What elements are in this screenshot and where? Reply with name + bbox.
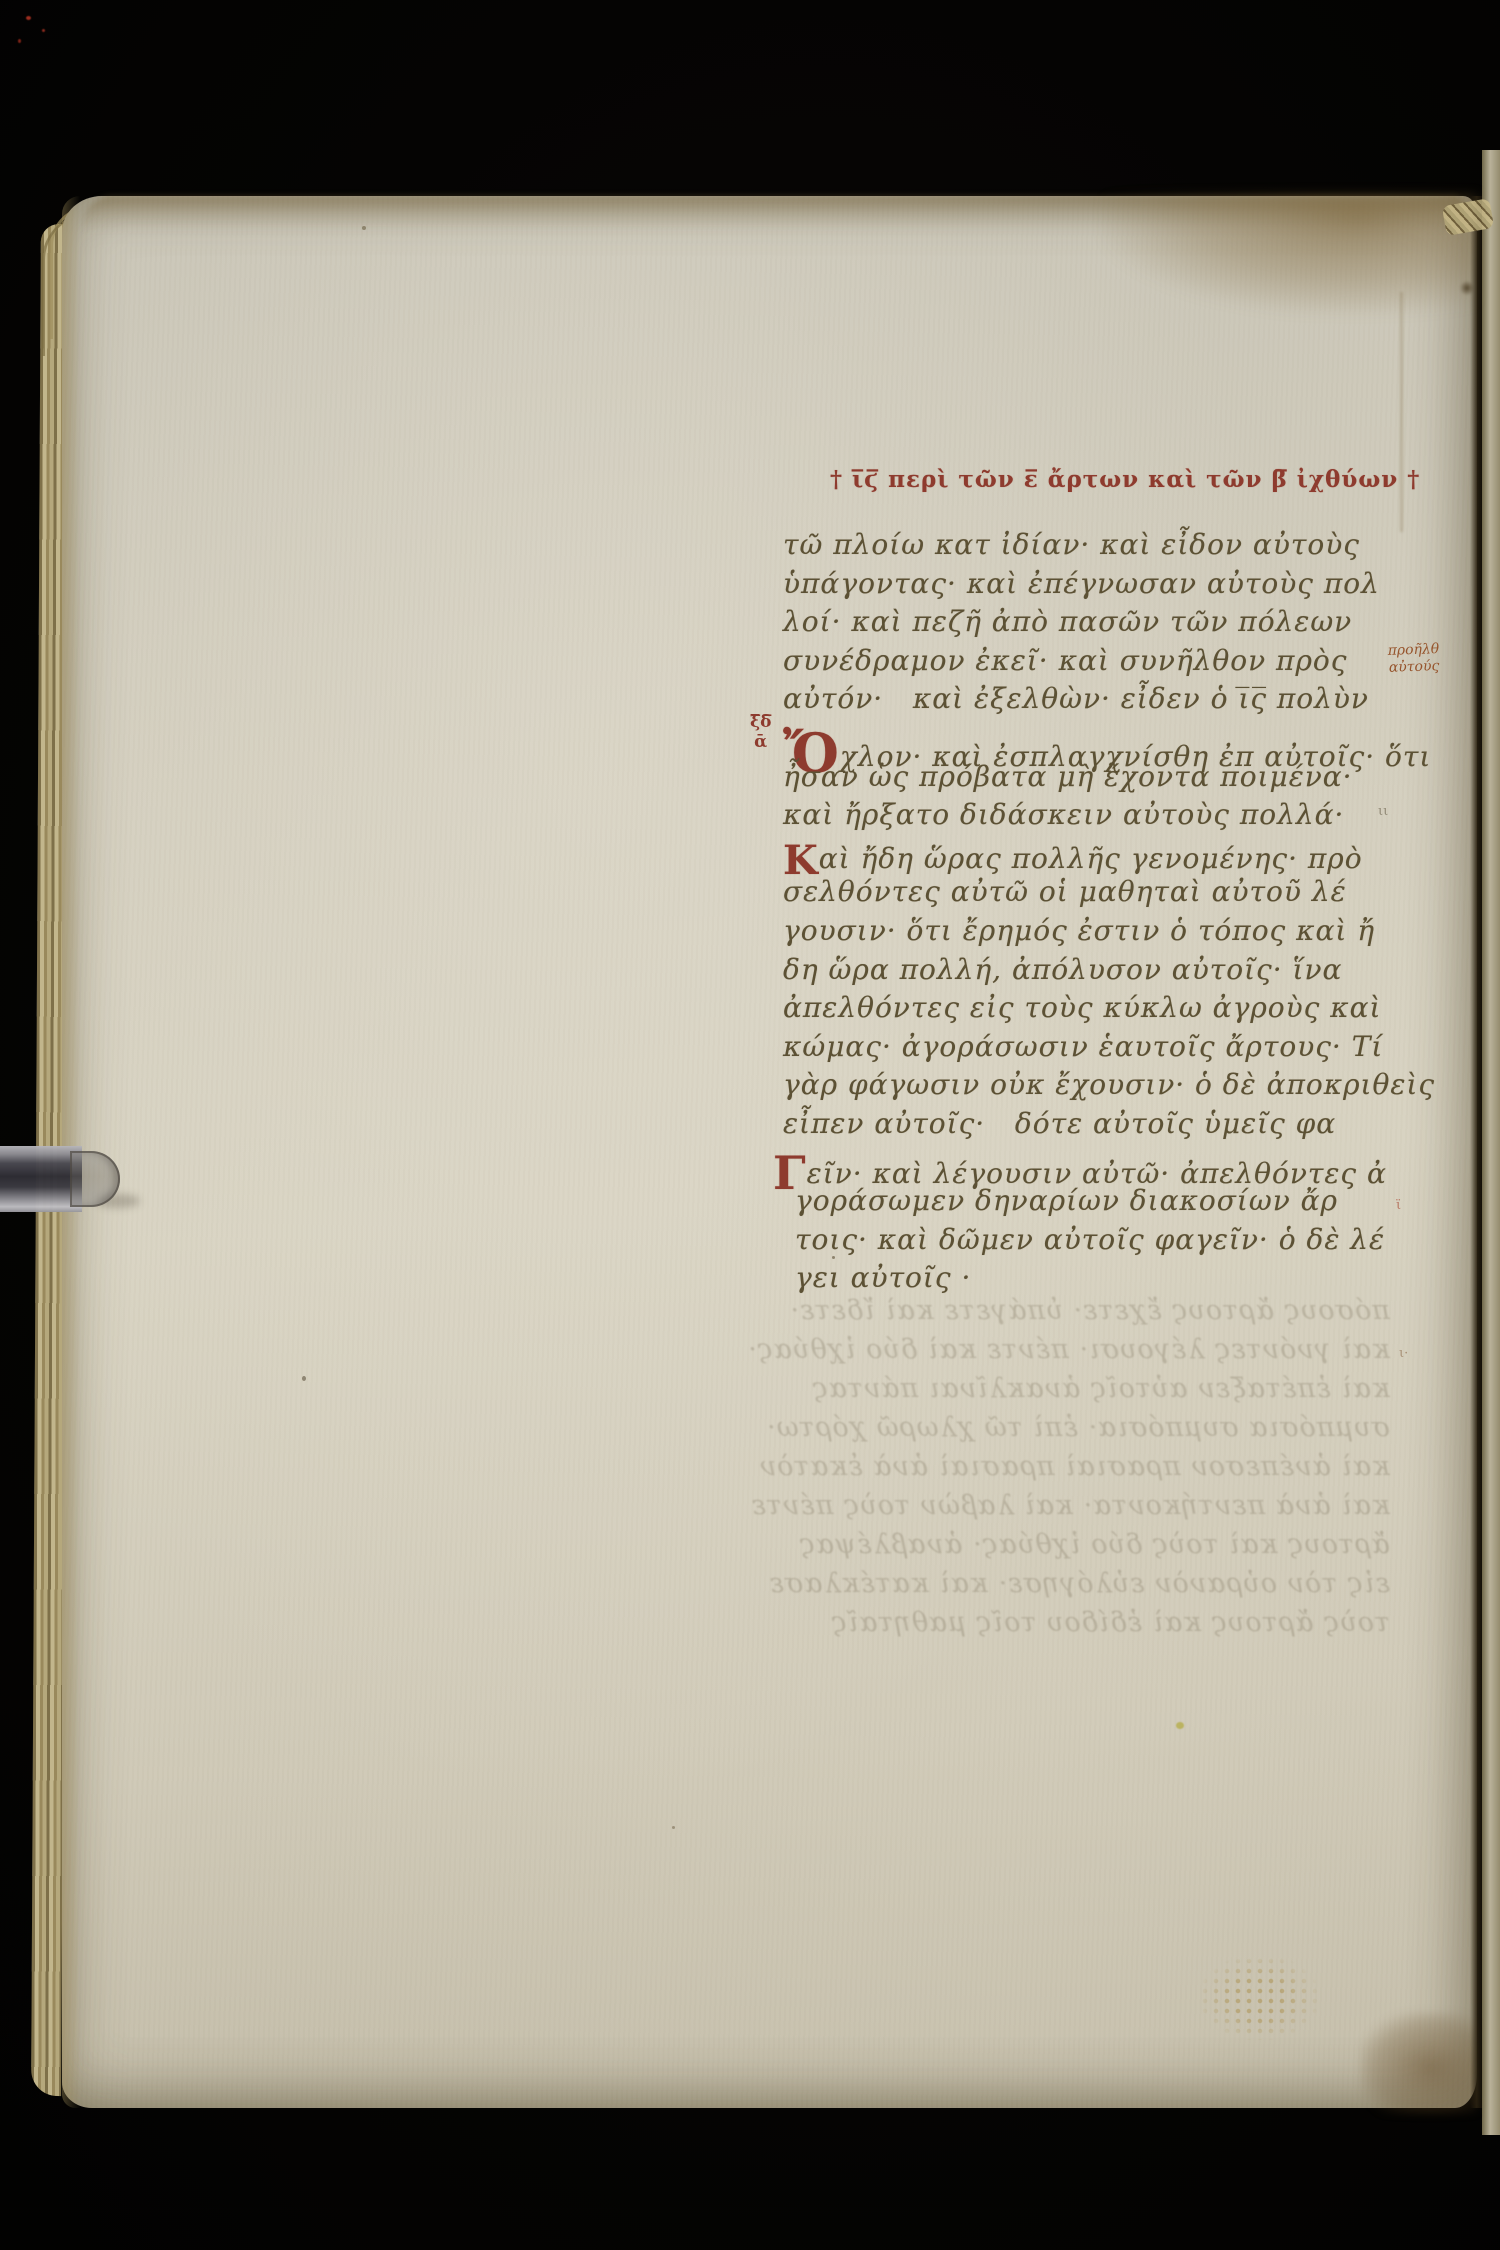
- next-page-edge: [1482, 150, 1500, 2135]
- manuscript-photo-scene: † ι̅ϛ̅ περὶ τῶν ε̅ ἄρτων καὶ τῶν β̅ ἰχθύ…: [0, 0, 1500, 2250]
- text-line: γουσιν· ὅτι ἔρημός ἐστιν ὁ τόπος καὶ ἤ: [783, 914, 1383, 953]
- margin-chapter-number: ξ̅δ̅ ᾱ: [750, 712, 771, 752]
- text-line: δη ὥρα πολλή, ἀπόλυσον αὐτοῖς· ἵνα: [783, 953, 1383, 992]
- bleedthrough-line: καὶ ἀνὰ πεντήκοντα· καὶ λαβὼν τοὺς πέντε: [768, 1490, 1390, 1529]
- rubric-chapter-title: † ι̅ϛ̅ περὶ τῶν ε̅ ἄρτων καὶ τῶν β̅ ἰχθύ…: [830, 466, 1370, 493]
- bleedthrough-line: εἰς τὸν οὐρανὸν εὐλόγησε· καὶ κατέκλασε: [768, 1568, 1390, 1607]
- text-line: γὰρ φάγωσιν οὐκ ἔχουσιν· ὁ δὲ ἀποκριθεὶς: [783, 1068, 1383, 1107]
- bleedthrough-line: καὶ ἐπέταξεν αὐτοῖς ἀνακλῖναι πάντας: [768, 1373, 1390, 1412]
- text-line: σελθόντες αὐτῶ οἱ μαθηταὶ αὐτοῦ λέ: [783, 875, 1383, 914]
- kephalaion-number: ξ̅δ̅: [750, 712, 771, 732]
- bleedthrough-line: καὶ γνόντες λέγουσι· πέντε καὶ δύο ἰχθύα…: [768, 1334, 1390, 1373]
- bleedthrough-text: πόσους ἄρτους ἔχετε· ὑπάγετε καὶ ἴδετε·κ…: [768, 1295, 1390, 1646]
- text-line: Καὶ ἤδη ὥρας πολλῆς γενομένης· πρὸ: [783, 837, 1383, 876]
- margin-tick-mark: ϊ: [1396, 1198, 1401, 1213]
- margin-tick-mark: ι·: [1399, 1346, 1408, 1361]
- bleedthrough-line: συμπόσια συμπόσια· ἐπὶ τῶ χλωρῶ χόρτω·: [768, 1412, 1390, 1451]
- dust-speck: [26, 16, 31, 20]
- text-line: γοράσωμεν δηναρίων διακοσίων ἄρ: [795, 1184, 1383, 1223]
- text-line: ὑπάγοντας· καὶ ἐπέγνωσαν αὐτοὺς πολ: [783, 567, 1383, 606]
- dust-speck: [42, 29, 45, 32]
- margin-tick-mark: ιι: [1378, 804, 1388, 819]
- margin-variant-note: προῆλθ αὐτούς: [1387, 641, 1440, 677]
- page-weight-rod: [0, 1146, 122, 1214]
- text-line: εἶπεν αὐτοῖς· δότε αὐτοῖς ὑμεῖς φα: [783, 1107, 1383, 1146]
- text-line: γει αὐτοῖς ·: [795, 1261, 1383, 1300]
- text-line: συνέδραμον ἐκεῖ· καὶ συνῆλθον πρὸς: [783, 644, 1383, 683]
- margin-note-line: προῆλθ: [1387, 641, 1439, 660]
- text-line: λοί· καὶ πεζῆ ἀπὸ πασῶν τῶν πόλεων: [783, 605, 1383, 644]
- text-line: Ὄχλον· καὶ ἐσπλαγχνίσθη ἐπ αὐτοῖς· ὅτι: [783, 721, 1383, 760]
- bleedthrough-line: καὶ ἀνέπεσον πρασιαὶ πρασιαὶ ἀνὰ ἑκατὸν: [768, 1451, 1390, 1490]
- text-line: τοις· καὶ δῶμεν αὐτοῖς φαγεῖν· ὁ δὲ λέ: [795, 1223, 1383, 1262]
- text-line: ἀπελθόντες εἰς τοὺς κύκλω ἀγροὺς καὶ: [783, 991, 1383, 1030]
- bleedthrough-line: τοὺς ἄρτους καὶ ἐδίδου τοῖς μαθηταῖς: [768, 1607, 1390, 1646]
- book-gutter-shadow: [1470, 196, 1482, 2108]
- margin-note-line: αὐτούς: [1388, 658, 1440, 677]
- text-line: καὶ ἤρξατο διδάσκειν αὐτοὺς πολλά·: [783, 798, 1383, 837]
- main-text-block: τῶ πλοίω κατ ἰδίαν· καὶ εἶδον αὐτοὺςὑπάγ…: [783, 528, 1383, 1300]
- bleedthrough-line: ἄρτους καὶ τοὺς δύο ἰχθύας· ἀναβλέψας: [768, 1529, 1390, 1568]
- text-line: τῶ πλοίω κατ ἰδίαν· καὶ εἶδον αὐτοὺς: [783, 528, 1383, 567]
- bleedthrough-line: πόσους ἄρτους ἔχετε· ὑπάγετε καὶ ἴδετε·: [768, 1295, 1390, 1334]
- text-line: κώμας· ἀγοράσωσιν ἑαυτοῖς ἄρτους· Τί: [783, 1030, 1383, 1069]
- text-line: αὐτόν· καὶ ἐξελθὼν· εἶδεν ὁ ι̅ς̅ πολὺν: [783, 682, 1383, 721]
- text-line: Γεῖν· καὶ λέγουσιν αὐτῶ· ἀπελθόντες ἀ: [783, 1146, 1383, 1185]
- dust-speck: [18, 39, 21, 43]
- text-line: ἦσαν ὡς πρόβατα μὴ ἔχοντα ποιμένα·: [783, 760, 1383, 799]
- canon-number: ᾱ: [750, 732, 771, 752]
